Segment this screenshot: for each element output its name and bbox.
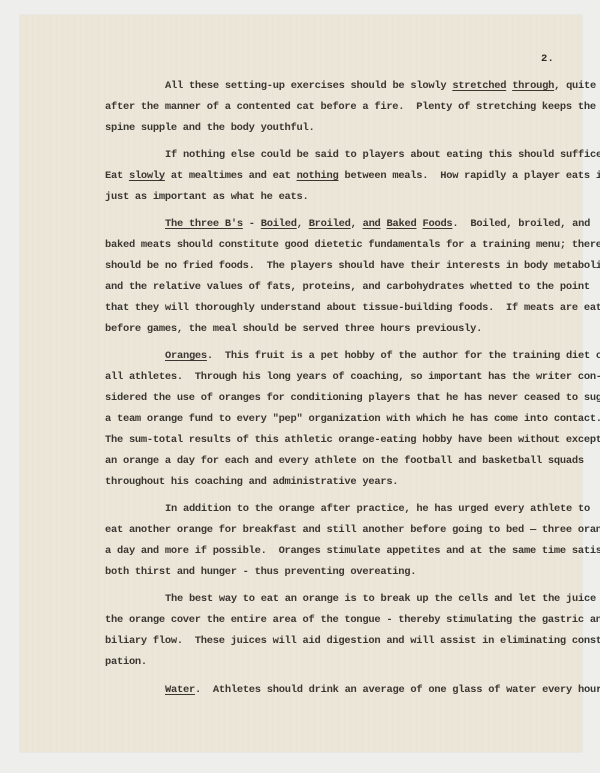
text-line: spine supple and the body youthful. [105,121,585,135]
text-segment: throughout his coaching and administrati… [105,476,398,488]
text-line: just as important as what he eats. [105,190,585,204]
text-line: before games, the meal should be served … [105,322,585,336]
text-segment: spine supple and the body youthful. [105,122,315,134]
typewritten-page: 2. All these setting-up exercises should… [20,15,582,752]
text-segment: Eat [105,170,129,182]
text-line: sidered the use of oranges for condition… [105,391,585,405]
text-segment: the orange cover the entire area of the … [105,614,600,626]
text-line: that they will thoroughly understand abo… [105,301,585,315]
underlined-text: slowly [129,170,165,182]
text-segment: that they will thoroughly understand abo… [105,302,600,314]
text-segment: - [243,218,261,230]
text-line: The sum-total results of this athletic o… [105,433,585,447]
underlined-text: through [512,80,554,92]
page-number: 2. [541,53,554,65]
text-segment: at mealtimes and eat [165,170,297,182]
text-segment: . Athletes should drink an average of on… [195,684,600,696]
text-segment: between meals. How rapidly a player eats… [338,170,600,182]
text-segment: both thirst and hunger - thus preventing… [105,566,416,578]
paragraph-first-line: Water. Athletes should drink an average … [165,683,600,697]
text-line: a team orange fund to every "pep" organi… [105,412,585,426]
text-segment: , [297,218,309,230]
paragraph-first-line: If nothing else could be said to players… [165,148,600,162]
text-line: pation. [105,655,585,669]
text-line: the orange cover the entire area of the … [105,613,585,627]
text-segment: , [351,218,363,230]
text-segment: . Boiled, broiled, and [452,218,590,230]
text-segment: If nothing else could be said to players… [165,149,600,161]
text-line: biliary flow. These juices will aid dige… [105,634,585,648]
text-segment: All these setting-up exercises should be… [165,80,452,92]
underlined-text: nothing [297,170,339,182]
text-segment: a day and more if possible. Oranges stim… [105,545,600,557]
underlined-text: Water [165,684,195,696]
paragraph-first-line: Oranges. This fruit is a pet hobby of th… [165,349,600,363]
underlined-text: Baked [387,218,417,230]
text-segment: before games, the meal should be served … [105,323,482,335]
text-segment: pation. [105,656,147,668]
paragraph-first-line: The three B's - Boiled, Broiled, and Bak… [165,217,600,231]
underlined-text: and [363,218,381,230]
text-line: a day and more if possible. Oranges stim… [105,544,585,558]
text-line: and the relative values of fats, protein… [105,280,585,294]
underlined-text: Oranges [165,350,207,362]
text-segment: , quite [554,80,596,92]
text-line: all athletes. Through his long years of … [105,370,585,384]
text-segment: all athletes. Through his long years of … [105,371,600,383]
text-segment: The best way to eat an orange is to brea… [165,593,600,605]
text-segment: a team orange fund to every "pep" organi… [105,413,600,425]
text-segment: sidered the use of oranges for condition… [105,392,600,404]
underlined-text: Foods [422,218,452,230]
text-segment: eat another orange for breakfast and sti… [105,524,600,536]
paragraph-first-line: The best way to eat an orange is to brea… [165,592,600,606]
text-segment: The sum-total results of this athletic o… [105,434,600,446]
text-line: both thirst and hunger - thus preventing… [105,565,585,579]
text-segment: an orange a day for each and every athle… [105,455,584,467]
text-segment: and the relative values of fats, protein… [105,281,590,293]
underlined-text: Broiled [309,218,351,230]
text-line: baked meats should constitute good diete… [105,238,585,252]
text-segment: after the manner of a contented cat befo… [105,101,596,113]
text-line: an orange a day for each and every athle… [105,454,585,468]
text-segment: baked meats should constitute good diete… [105,239,600,251]
text-line: throughout his coaching and administrati… [105,475,585,489]
text-line: should be no fried foods. The players sh… [105,259,585,273]
text-segment: . This fruit is a pet hobby of the autho… [207,350,600,362]
paragraph-first-line: All these setting-up exercises should be… [165,79,600,93]
underlined-text: stretched [452,80,506,92]
underlined-text: Boiled [261,218,297,230]
text-line: Eat slowly at mealtimes and eat nothing … [105,169,585,183]
text-line: after the manner of a contented cat befo… [105,100,585,114]
text-segment: just as important as what he eats. [105,191,309,203]
underlined-text: The three B's [165,218,243,230]
text-line: eat another orange for breakfast and sti… [105,523,585,537]
text-segment: biliary flow. These juices will aid dige… [105,635,600,647]
text-segment: should be no fried foods. The players sh… [105,260,600,272]
paragraph-first-line: In addition to the orange after practice… [165,502,600,516]
text-segment: In addition to the orange after practice… [165,503,590,515]
